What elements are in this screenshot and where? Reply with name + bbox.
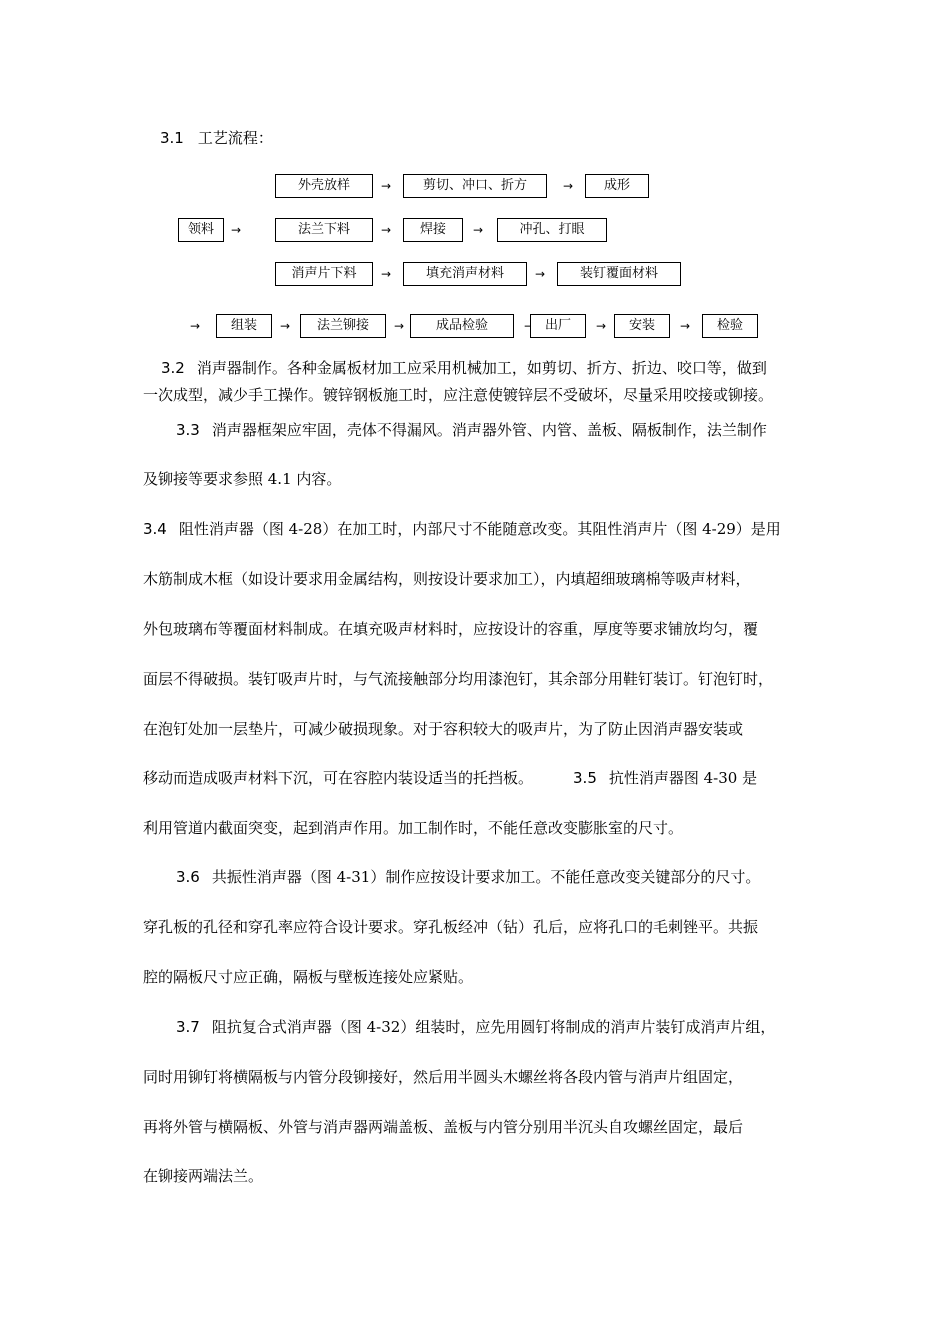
flow-box-final-inspection: 检验 <box>702 314 758 338</box>
flow-box-assembly: 组装 <box>216 314 272 338</box>
flow-box-shipping: 出厂 <box>530 314 586 338</box>
flow-box-product-inspection: 成品检验 <box>410 314 514 338</box>
flow-box-welding: 焊接 <box>403 218 463 242</box>
document-page: 3.1工艺流程： 外壳放样 → 剪切、冲口、折方 → 成形 领料 → 法兰下料 … <box>0 0 950 1344</box>
paragraph-3-3-line-2: 及铆接等要求参照 4.1 内容。 <box>143 468 341 489</box>
section-heading-3-1: 3.1工艺流程： <box>160 127 273 148</box>
flow-box-installation: 安装 <box>614 314 670 338</box>
flow-box-fill-material: 填充消声材料 <box>403 262 527 286</box>
paragraph-3-2-line-2: 一次成型，减少手工操作。镀锌钢板施工时，应注意使镀锌层不受破坏，尽量采用咬接或铆… <box>143 384 773 405</box>
flow-arrow: → <box>394 320 404 332</box>
flow-box-flange-cutting: 法兰下料 <box>275 218 373 242</box>
flow-arrow: → <box>381 224 391 236</box>
flow-box-punch-drill: 冲孔、打眼 <box>497 218 607 242</box>
flow-arrow: → <box>190 320 200 332</box>
paragraph-3-4-line-4: 面层不得破损。装钉吸声片时，与气流接触部分均用漆泡钉，其余部分用鞋钉装订。钉泡钉… <box>143 668 773 689</box>
paragraph-3-4-line-6: 移动而造成吸声材料下沉，可在容腔内装设适当的托挡板。3.5抗性消声器图 4-30… <box>143 767 757 788</box>
paragraph-3-6-line-2: 穿孔板的孔径和穿孔率应符合设计要求。穿孔板经冲（钻）孔后，应将孔口的毛刺锉平。共… <box>143 916 758 937</box>
paragraph-3-7-line-2: 同时用铆钉将横隔板与内管分段铆接好，然后用半圆头木螺丝将各段内管与消声片组固定， <box>143 1066 743 1087</box>
paragraph-3-6-line-1: 3.6共振性消声器（图 4-31）制作应按设计要求加工。不能任意改变关键部分的尺… <box>176 866 760 887</box>
flow-arrow: → <box>381 268 391 280</box>
flow-box-flange-riveting: 法兰铆接 <box>300 314 386 338</box>
flow-box-forming: 成形 <box>585 174 649 198</box>
paragraph-3-7-line-3: 再将外管与横隔板、外管与消声器两端盖板、盖板与内管分别用半沉头自攻螺丝固定，最后 <box>143 1116 743 1137</box>
paragraph-3-4-line-1: 3.4阻性消声器（图 4-28）在加工时，内部尺寸不能随意改变。其阻性消声片（图… <box>143 518 781 539</box>
flow-arrow: → <box>381 180 391 192</box>
flow-arrow: → <box>473 224 483 236</box>
paragraph-3-6-line-3: 腔的隔板尺寸应正确，隔板与壁板连接处应紧贴。 <box>143 966 473 987</box>
paragraph-3-7-line-4: 在铆接两端法兰。 <box>143 1165 263 1186</box>
section-number: 3.1 <box>160 129 184 147</box>
paragraph-3-4-line-3: 外包玻璃布等覆面材料制成。在填充吸声材料时，应按设计的容重，厚度等要求铺放均匀，… <box>143 618 758 639</box>
paragraph-3-2-line-1: 3.2消声器制作。各种金属板材加工应采用机械加工，如剪切、折方、折边、咬口等，做… <box>161 357 767 378</box>
flow-box-cut-punch-fold: 剪切、冲口、折方 <box>403 174 547 198</box>
flow-arrow: → <box>535 268 545 280</box>
paragraph-3-4-line-2: 木筋制成木框（如设计要求用金属结构，则按设计要求加工），内填超细玻璃棉等吸声材料… <box>143 568 751 589</box>
flow-arrow: → <box>563 180 573 192</box>
section-number-3-5: 3.5 <box>573 769 597 787</box>
flow-arrow: → <box>680 320 690 332</box>
flow-box-baffle-cutting: 消声片下料 <box>275 262 373 286</box>
flow-arrow: → <box>231 224 241 236</box>
paragraph-3-7-line-1: 3.7阻抗复合式消声器（图 4-32）组装时，应先用圆钉将制成的消声片装钉成消声… <box>176 1016 775 1037</box>
paragraph-3-4-line-5: 在泡钉处加一层垫片，可减少破损现象。对于容积较大的吸声片，为了防止因消声器安装或 <box>143 718 743 739</box>
section-title: 工艺流程： <box>198 129 273 147</box>
flow-box-material-pickup: 领料 <box>178 218 224 242</box>
paragraph-3-5-line-2: 利用管道内截面突变，起到消声作用。加工制作时，不能任意改变膨胀室的尺寸。 <box>143 817 683 838</box>
paragraph-3-3-line-1: 3.3消声器框架应牢固，壳体不得漏风。消声器外管、内管、盖板、隔板制作，法兰制作 <box>176 419 767 440</box>
flow-arrow: → <box>280 320 290 332</box>
flow-arrow: → <box>596 320 606 332</box>
flow-box-shell-layout: 外壳放样 <box>275 174 373 198</box>
flow-box-nail-cover: 装钉覆面材料 <box>557 262 681 286</box>
